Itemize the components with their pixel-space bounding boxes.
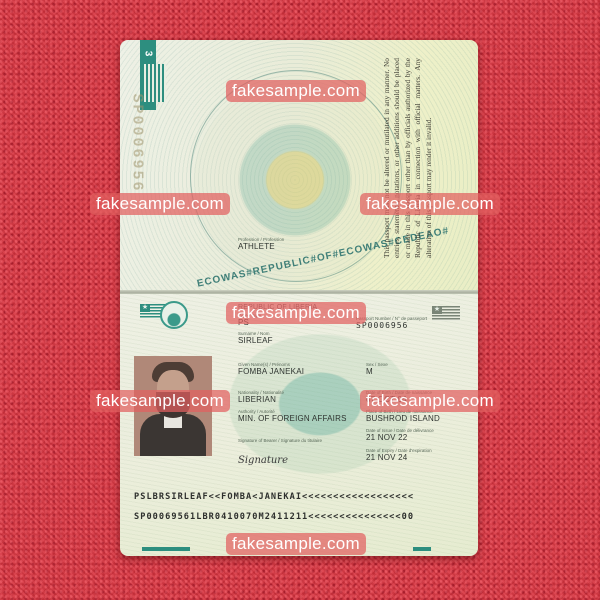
profession-value: ATHLETE [238,243,284,251]
watermark: fakesample.com [360,193,500,215]
watermark: fakesample.com [90,390,230,412]
notice-text: This passport must not be altered or mut… [382,58,472,258]
signature-label-field: Signature of Bearer / Signature du titul… [238,439,322,444]
passport-number-field: Passport Number / N° de passeport SP0006… [356,317,427,330]
passport-data-page: ★ ★ REPUBLIC OF LIBERIA Type / Type PS P… [120,293,478,556]
bottom-security-strip [142,547,190,551]
watermark: fakesample.com [226,533,366,555]
date-of-issue-field: Date of Issue / Date de délivrance 21 NO… [366,429,434,442]
page-number: 3 [143,46,154,62]
surname-field: Surname / Nom SIRLEAF [238,332,273,345]
nationality-field: Nationality / Nationalité LIBERIAN [238,391,284,404]
bearer-signature: Signature [238,455,288,466]
date-of-expiry-field: Date of Expiry / Date d'expiration 21 NO… [366,449,432,462]
watermark: fakesample.com [226,302,366,324]
mrz-line-2: SP00069561LBR0410070M2411211<<<<<<<<<<<<… [134,512,464,522]
given-names-field: Given Name(s) / Prénoms FOMBA JANEKAI [238,363,304,376]
bottom-security-strip [413,547,431,551]
coat-of-arms-icon [160,301,188,329]
authority-field: Authority / Autorité MIN. OF FOREIGN AFF… [238,410,347,423]
passport-upper-page: 3 SP0006956 ECOWAS#REPUBLIC#OF#ECOWAS#CE… [120,40,478,293]
sex-field: Sex / Sexe M [366,363,388,376]
passport-booklet: 3 SP0006956 ECOWAS#REPUBLIC#OF#ECOWAS#CE… [120,40,478,556]
watermark: fakesample.com [90,193,230,215]
watermark: fakesample.com [226,80,366,102]
perforated-passport-number: SP0006956 [129,94,146,204]
watermark: fakesample.com [360,390,500,412]
mrz-line-1: PSLBRSIRLEAF<<FOMBA<JANEKAI<<<<<<<<<<<<<… [134,492,464,502]
flag-stripes-icon [142,64,166,102]
liberia-flag-icon: ★ [432,306,460,321]
passport-notice: This passport must not be altered or mut… [382,58,472,258]
profession-field: Profession / Profession ATHLETE [238,238,284,251]
